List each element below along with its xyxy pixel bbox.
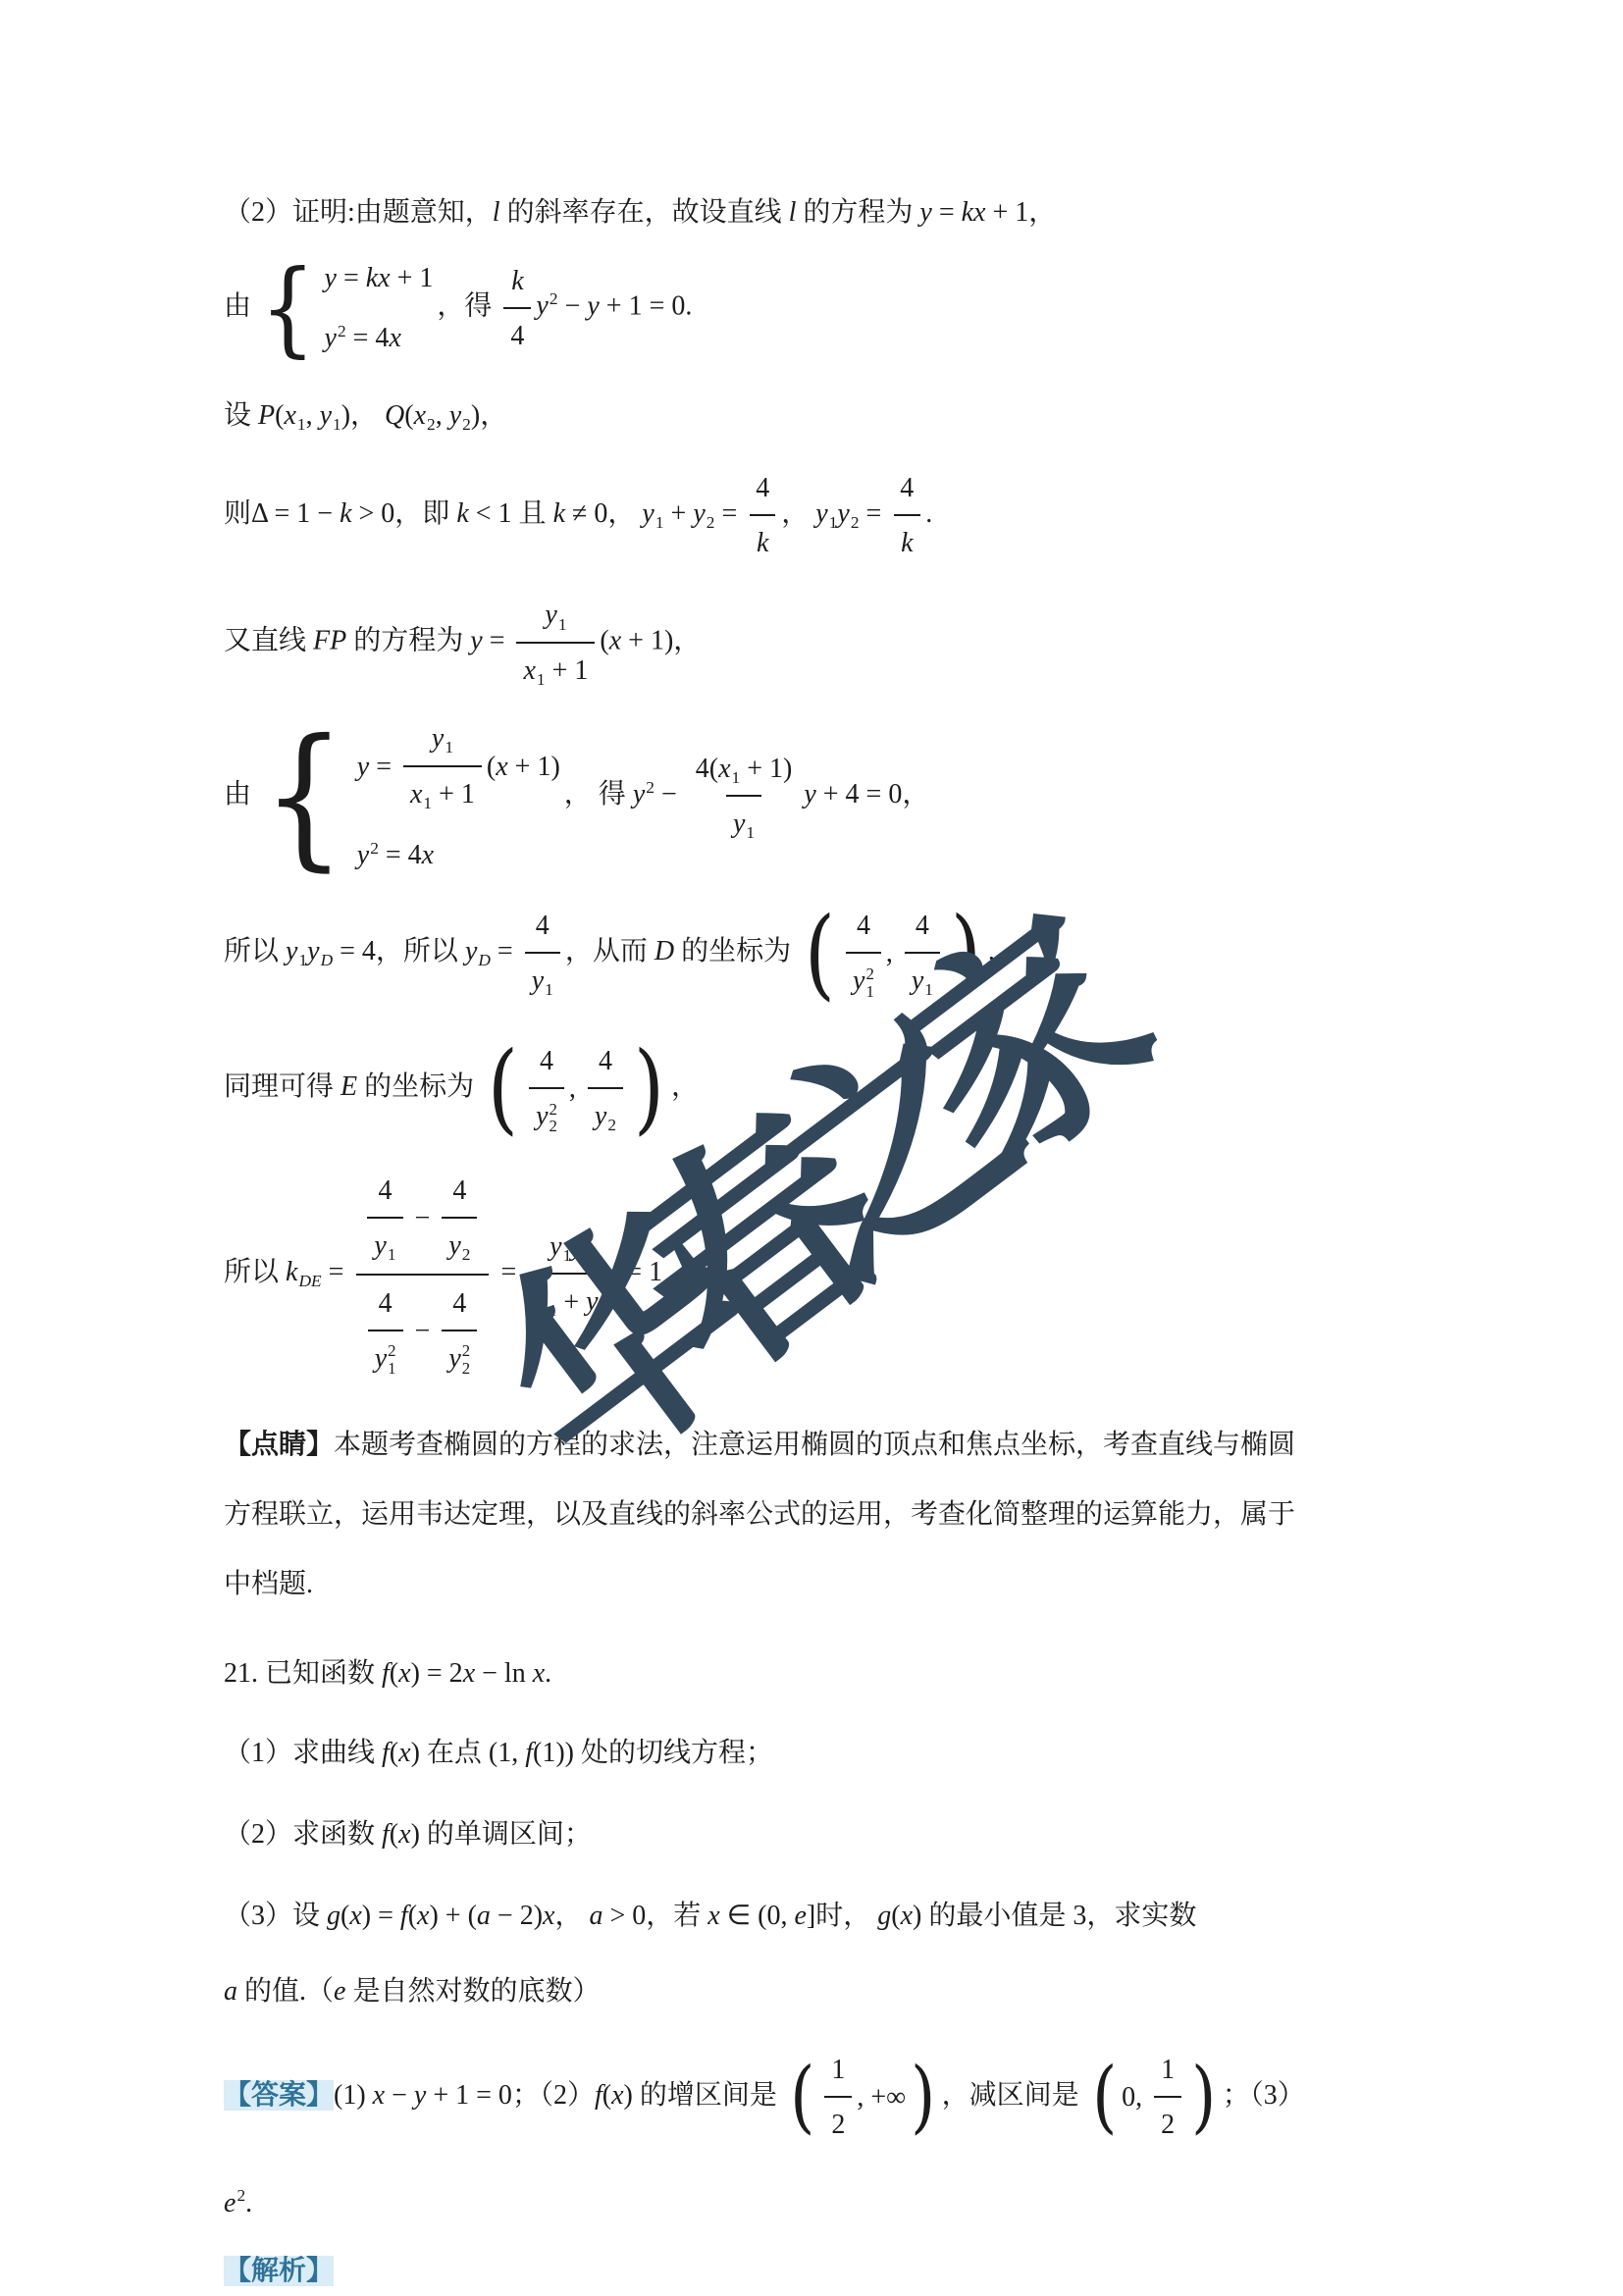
paren-content: 0, 12	[1120, 2045, 1188, 2150]
math-variable: x	[901, 1901, 913, 1931]
subscript: 1	[549, 1301, 557, 1320]
subscript: D	[478, 951, 491, 969]
subscript: 1	[558, 615, 567, 634]
math-run: )	[624, 2080, 633, 2111]
math-variable: x	[398, 1738, 410, 1768]
text-run: ，减区间是	[942, 2080, 1086, 2111]
math-variable: y	[550, 1231, 561, 1262]
paren-group: (4y22, 4y2)	[484, 1036, 668, 1141]
math-variable: l	[493, 197, 500, 228]
fraction-numerator: 4	[749, 463, 776, 514]
math-run: 4(	[696, 745, 718, 793]
math-run: 4	[378, 1167, 392, 1215]
left-brace-glyph: {	[260, 262, 316, 354]
math-variable: x	[463, 1658, 475, 1689]
text-run: 的值.（	[237, 1976, 334, 2007]
math-variable: y	[536, 290, 548, 321]
math-variable: y	[357, 840, 369, 870]
math-run: 4	[900, 464, 914, 512]
math-variable: y	[448, 1343, 460, 1374]
superscripted-variable: e2	[224, 2179, 245, 2227]
math-variable: y	[535, 1286, 547, 1317]
text-run: ，	[554, 1901, 589, 1931]
fraction: 4k	[893, 463, 920, 568]
math-run: =	[491, 936, 520, 966]
paren-content: 4y21, 4y1	[839, 901, 947, 1006]
subscript: 1	[746, 823, 755, 842]
math-run: 4	[599, 1037, 612, 1085]
cases-rows: y = y1x1 + 1(x + 1)y2 = 4x	[357, 713, 560, 879]
subscripted-variable: y1	[642, 490, 663, 538]
fraction-numerator: 4	[445, 1166, 473, 1217]
math-variable: e	[224, 2188, 236, 2218]
math-run: (	[390, 1658, 398, 1689]
math-run: (	[390, 1738, 398, 1768]
fraction: 4y2	[588, 1036, 623, 1141]
math-variable: a	[477, 1901, 491, 1931]
text-run: ，	[671, 1071, 699, 1102]
paren-content: 4y22, 4y2	[522, 1036, 630, 1141]
math-variable: a	[224, 1976, 237, 2007]
math-variable: f	[382, 1819, 390, 1850]
math-run: 4	[756, 464, 769, 512]
fraction-denominator: k	[750, 514, 775, 568]
text-run: ，即	[394, 498, 456, 529]
math-run: ∈ (0,	[720, 1901, 795, 1931]
fraction-denominator: k	[894, 514, 919, 568]
subscript: DE	[298, 1272, 321, 1290]
text-run: 的单调区间；	[420, 1819, 592, 1850]
answer-line: 【答案】(1) x − y + 1 = 0；（2）f(x) 的增区间是 (12,…	[224, 2045, 1485, 2150]
subscripted-variable: y1	[545, 591, 566, 639]
subsup-stack: 22	[550, 1101, 557, 1135]
subscript: 2	[427, 415, 436, 434]
fraction-denominator: y21	[846, 952, 881, 1006]
subscript: 1	[732, 768, 741, 787]
q21-part3: （3）设 g(x) = f(x) + (a − 2)x， a > 0，若 x ∈…	[224, 1892, 1485, 1940]
text-run: 的最小值是 3，求实数	[921, 1901, 1196, 1931]
math-variable: Q	[385, 400, 404, 431]
math-run: ,	[569, 1065, 583, 1113]
superscript: 2	[865, 965, 873, 983]
fraction-numerator: 4	[592, 1036, 619, 1087]
math-run: −	[558, 290, 588, 321]
math-variable: kx	[366, 254, 391, 302]
text-run: .	[685, 290, 692, 321]
math-run: > 0	[352, 498, 395, 529]
math-variable: y	[545, 600, 556, 630]
subscript: 1	[537, 670, 546, 689]
math-run: ,	[436, 400, 449, 431]
subscript: 2	[607, 1116, 616, 1134]
subscripted-variable: y2	[449, 391, 471, 440]
math-run: −	[654, 779, 684, 809]
text-run: 本题考查椭圆的方程的求法，注意运用椭圆的顶点和焦点坐标，考查直线与椭圆 方程联立…	[224, 1430, 1295, 1600]
fraction: 4y1 − 4y24y21 − 4y22	[355, 1165, 489, 1383]
paren-group: (0, 12)	[1089, 2045, 1220, 2150]
subscript: 1	[297, 415, 306, 434]
fraction-denominator: y21	[368, 1330, 403, 1383]
math-variable: x	[611, 2080, 623, 2111]
math-run: (	[602, 2080, 611, 2111]
math-variable: x	[373, 2080, 385, 2111]
math-variable: E	[340, 1071, 357, 1102]
fraction-numerator: 4	[445, 1278, 473, 1330]
math-variable: k	[456, 498, 468, 529]
math-run: + 1 = 0	[426, 2080, 512, 2111]
subscripted-variable: x1	[284, 391, 305, 440]
math-run: −	[408, 1194, 438, 1242]
text-run: （2）证明:由题意知，	[224, 197, 493, 228]
math-run: > 0	[602, 1901, 646, 1931]
paren-group: (12, +∞)	[787, 2045, 939, 2150]
math-variable: x	[533, 1658, 545, 1689]
math-variable: D	[654, 936, 674, 966]
math-variable: y	[815, 498, 827, 529]
math-variable: x	[718, 754, 730, 784]
fraction-denominator: y1	[525, 952, 560, 1006]
right-paren-glyph: )	[634, 1047, 664, 1130]
text-run: ；（3）	[1223, 2080, 1305, 2111]
math-run: =	[714, 498, 744, 529]
text-run: 的方程为	[346, 626, 470, 656]
subscripted-variable: y1	[912, 957, 933, 1005]
fraction-numerator: 4	[372, 1278, 399, 1330]
math-run: (	[891, 1901, 900, 1931]
math-variable: y	[693, 498, 705, 529]
math-variable: kx	[962, 197, 986, 228]
text-run: （2）求函数	[224, 1819, 382, 1850]
superscript: 2	[388, 1342, 395, 1360]
math-variable: x	[398, 1819, 410, 1850]
subscript: 2	[585, 1246, 594, 1265]
math-run: )	[341, 400, 350, 431]
fp-line: 又直线 FP 的方程为 y = y1x1 + 1(x + 1)，	[224, 590, 1485, 696]
math-variable: y	[320, 400, 332, 431]
q21-part1: （1）求曲线 f(x) 在点 (1, f(1)) 处的切线方程；	[224, 1729, 1485, 1777]
text-run: 且	[512, 498, 553, 529]
text-run: ，	[480, 400, 507, 431]
fraction-denominator: y2	[588, 1087, 623, 1141]
text-run: （3）设	[224, 1901, 327, 1931]
fraction-numerator: 1	[824, 2045, 852, 2096]
math-variable: x	[398, 1658, 410, 1689]
fraction-denominator: y1 + y2	[528, 1273, 614, 1327]
text-run: 的斜率存在，故设直线	[500, 197, 789, 228]
math-run: + 1	[391, 254, 434, 302]
left-paren-glyph: (	[1092, 2063, 1117, 2131]
text-run: 的坐标为	[674, 936, 798, 966]
right-paren-glyph: )	[1191, 2063, 1216, 2131]
text-run: 21. 已知函数	[224, 1658, 382, 1689]
subsup-variable: y22	[448, 1334, 470, 1383]
math-variable: y	[912, 965, 923, 996]
math-variable: y	[286, 936, 297, 966]
math-run: = 1	[619, 1257, 662, 1287]
math-run: =	[337, 254, 366, 302]
subscripted-variable: y1	[815, 490, 837, 538]
text-run: 同理可得	[224, 1071, 340, 1102]
math-variable: y	[733, 809, 745, 839]
text-run: （1）求曲线	[224, 1738, 382, 1768]
math-variable: k	[286, 1257, 297, 1287]
e-coord-line: 同理可得 E 的坐标为 (4y22, 4y2)，	[224, 1036, 1485, 1141]
text-run: 所以	[224, 936, 286, 966]
math-run: =	[932, 197, 962, 228]
math-variable: y	[357, 743, 369, 791]
text-run: ；（2）	[512, 2080, 595, 2111]
q21-part3-cont: a 的值.（e 是自然对数的底数）	[224, 1967, 1485, 2015]
text-run: ，	[350, 400, 385, 431]
text-run: 的增区间是	[633, 2080, 784, 2111]
math-run: ) = 2	[411, 1658, 463, 1689]
left-paren-glyph: (	[790, 2063, 814, 2131]
superscripted-variable: y2	[536, 282, 557, 330]
math-run: 4	[540, 1037, 553, 1085]
text-run: 由	[224, 779, 251, 809]
fraction-denominator: 2	[1154, 2096, 1181, 2150]
math-run: =	[494, 1257, 523, 1287]
superscript: 2	[550, 1101, 557, 1119]
fraction-numerator: k	[504, 256, 530, 307]
q21-stem: 21. 已知函数 f(x) = 2x − ln x.	[224, 1649, 1485, 1697]
subscript: 2	[600, 1301, 608, 1320]
text-run: 由	[224, 290, 251, 321]
text-run: ，得	[437, 290, 498, 321]
math-variable: P	[258, 400, 275, 431]
fraction: 4y1	[905, 901, 940, 1006]
math-run: )	[411, 1819, 420, 1850]
math-variable: x	[417, 1901, 429, 1931]
fraction-denominator: y1	[367, 1217, 402, 1271]
math-run: .	[545, 1658, 551, 1689]
cases-group: {y = y1x1 + 1(x + 1)y2 = 4x	[255, 713, 560, 879]
math-variable: y	[595, 1101, 606, 1131]
subscript: 1	[333, 415, 341, 434]
fraction: 4y22	[442, 1278, 477, 1383]
math-variable: a	[589, 1901, 602, 1931]
subscripted-variable: yD	[307, 927, 333, 975]
math-variable: y	[432, 723, 444, 754]
math-variable: y	[325, 254, 337, 302]
math-run: − 2)	[491, 1901, 543, 1931]
subscript: 1	[423, 794, 432, 812]
math-run: 2	[1161, 2101, 1175, 2149]
math-run: 4	[536, 902, 550, 950]
subsup-variable: y22	[536, 1092, 557, 1140]
subscript: D	[321, 951, 334, 969]
section-label: 【答案】	[224, 2080, 334, 2111]
superscript: 2	[370, 839, 379, 858]
math-run: + 1	[985, 197, 1028, 228]
subscripted-variable: y2	[448, 1222, 470, 1270]
math-variable: y	[633, 779, 645, 809]
math-variable: k	[757, 519, 768, 567]
delta-line: 则Δ = 1 − k > 0，即 k < 1 且 k ≠ 0， y1 + y2 …	[224, 463, 1485, 568]
math-run: −	[385, 2080, 414, 2111]
subscripted-variable: y1	[733, 800, 755, 848]
math-run: .	[245, 2188, 252, 2218]
subscripted-variable: y2	[595, 1092, 616, 1140]
subscript: 2	[462, 1360, 470, 1378]
system-1: 由{y = kx + 1y2 = 4x，得 k4y2 − y + 1 = 0.	[224, 254, 1485, 362]
math-run: ,	[886, 929, 900, 977]
text-run: 是自然对数的底数）	[345, 1976, 600, 2007]
math-run: +	[664, 498, 694, 529]
math-run: (	[408, 1901, 417, 1931]
subscript: 1	[865, 983, 873, 1001]
left-brace-glyph: {	[262, 727, 345, 865]
math-variable: f	[525, 1738, 533, 1768]
math-run: 4	[379, 1279, 393, 1328]
math-run: 2	[831, 2101, 845, 2149]
text-run: 处的切线方程；	[574, 1738, 773, 1768]
subscripted-variable: x1	[410, 770, 432, 818]
text-run: 则	[224, 498, 251, 529]
math-variable: x	[707, 1901, 719, 1931]
fraction-numerator: 4	[893, 463, 920, 514]
superscripted-variable: y2	[325, 314, 346, 362]
text-run: ，	[1028, 197, 1056, 228]
math-run: )	[411, 1738, 420, 1768]
fraction-numerator: 4	[371, 1166, 398, 1217]
cases-row: y2 = 4x	[357, 831, 434, 879]
math-variable: x	[410, 779, 422, 809]
right-paren-glyph: )	[951, 913, 981, 996]
subscript: 1	[924, 980, 933, 999]
cases-rows: y = kx + 1y2 = 4x	[325, 254, 434, 362]
fraction-denominator: y1	[905, 952, 940, 1006]
fraction: 4y21	[846, 901, 881, 1006]
fraction-numerator: 4	[909, 901, 936, 952]
math-variable: x	[284, 400, 295, 431]
subscripted-variable: y1	[432, 714, 453, 762]
math-run: ≠ 0	[565, 498, 607, 529]
answer-e2: e2.	[224, 2179, 1485, 2227]
math-variable: y	[414, 2080, 426, 2111]
subscripted-variable: kDE	[286, 1248, 322, 1296]
math-run: =	[322, 1257, 351, 1287]
math-variable: y	[470, 626, 482, 656]
subscript: 2	[851, 513, 860, 532]
fraction-denominator: 4y21 − 4y22	[356, 1274, 489, 1384]
math-run: +	[556, 1278, 586, 1327]
math-run: − ln	[475, 1658, 533, 1689]
math-variable: x	[414, 400, 426, 431]
math-variable: g	[327, 1901, 340, 1931]
math-variable: f	[382, 1738, 390, 1768]
math-variable: e	[794, 1901, 806, 1931]
math-run: (	[390, 1819, 398, 1850]
superscript: 2	[338, 322, 346, 340]
math-run: 4	[857, 902, 870, 950]
fraction-denominator: x1 + 1	[516, 642, 595, 696]
subscripted-variable: y2	[693, 490, 714, 538]
subscripted-variable: y1	[374, 1222, 395, 1270]
cases-group: {y = kx + 1y2 = 4x	[255, 254, 433, 362]
math-run: = 4	[379, 831, 422, 879]
superscripted-variable: y2	[357, 831, 379, 879]
math-run: ) =	[362, 1901, 400, 1931]
superscript: 2	[462, 1342, 470, 1360]
math-variable: g	[877, 1901, 891, 1931]
system-2: 由{y = y1x1 + 1(x + 1)y2 = 4x， 得 y2 − 4(x…	[224, 713, 1485, 879]
text-run: 又直线	[224, 626, 313, 656]
math-run: = 4	[333, 936, 376, 966]
math-variable: f	[400, 1901, 408, 1931]
math-variable: y	[804, 779, 815, 809]
math-run: Δ = 1 −	[251, 498, 340, 529]
subscripted-variable: yD	[465, 927, 491, 975]
subscript: 2	[550, 1118, 557, 1135]
math-run: (1,	[489, 1738, 525, 1768]
text-run: 时，	[815, 1901, 877, 1931]
subsup-stack: 21	[865, 965, 873, 1000]
fraction-denominator: y2	[442, 1217, 477, 1271]
fraction-numerator: 4	[529, 901, 556, 952]
math-run: + 1 = 0	[600, 290, 686, 321]
document-page: （2）证明:由题意知，l 的斜率存在，故设直线 l 的方程为 y = kx + …	[0, 0, 1623, 2296]
fraction-denominator: y22	[529, 1087, 564, 1141]
fraction: 12	[824, 2045, 852, 2150]
subsup-stack: 21	[388, 1342, 395, 1377]
section-label: 【解析】	[224, 2256, 334, 2286]
math-run: + 1)	[621, 626, 673, 656]
math-variable: y	[307, 936, 319, 966]
fraction: 4k	[749, 463, 776, 568]
math-run: .	[988, 936, 995, 966]
math-variable: y	[919, 197, 931, 228]
text-run: 在点	[420, 1738, 489, 1768]
right-paren-glyph: )	[911, 2063, 935, 2131]
proof-line-1: （2）证明:由题意知，l 的斜率存在，故设直线 l 的方程为 y = kx + …	[224, 188, 1485, 236]
fraction-denominator: y1	[726, 795, 761, 849]
math-run: 4	[452, 1279, 466, 1328]
math-variable: y	[587, 290, 599, 321]
math-variable: x	[496, 743, 507, 791]
math-run: ,	[306, 400, 320, 431]
math-run: 1	[1161, 2046, 1175, 2094]
subscripted-variable: y2	[571, 1223, 593, 1271]
kde-line: 所以 kDE = 4y1 − 4y24y21 − 4y22 = y1y2y1 +…	[224, 1165, 1485, 1383]
subscripted-variable: y1	[286, 927, 307, 975]
math-run: 4	[510, 312, 524, 360]
subscript: 2	[462, 415, 471, 434]
fraction-denominator: y22	[442, 1330, 477, 1383]
paren-group: (4y21, 4y1)	[801, 901, 985, 1006]
math-variable: k	[511, 257, 523, 305]
text-run: ，	[781, 498, 815, 529]
fraction-numerator: 4	[533, 1036, 560, 1087]
cases-row: y = kx + 1	[325, 254, 434, 302]
subscripted-variable: x2	[414, 391, 436, 440]
text-run: 的坐标为	[357, 1071, 481, 1102]
text-run: ，	[607, 498, 642, 529]
math-run: (	[600, 626, 608, 656]
math-run: + 4 = 0	[816, 779, 903, 809]
section-label: 【点睛】	[224, 1430, 334, 1460]
math-variable: y	[325, 323, 337, 353]
subsup-stack: 22	[462, 1342, 470, 1377]
fraction-denominator: 2	[824, 2096, 852, 2150]
math-run: , +∞	[857, 2073, 906, 2121]
math-run: 0,	[1122, 2073, 1149, 2121]
math-run: < 1	[469, 498, 512, 529]
math-variable: x	[349, 1901, 361, 1931]
text-run: ，若	[646, 1901, 707, 1931]
math-run: 4	[916, 902, 929, 950]
math-variable: e	[334, 1976, 345, 2007]
